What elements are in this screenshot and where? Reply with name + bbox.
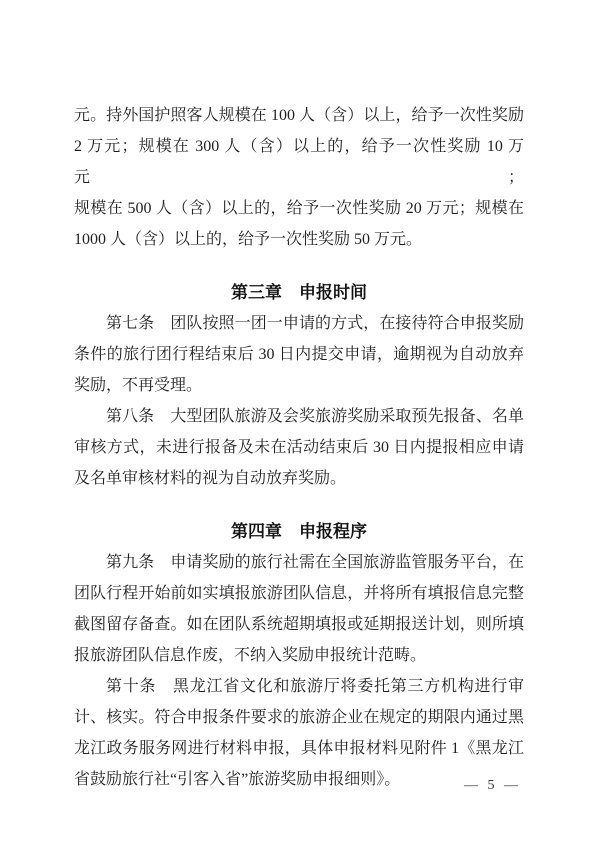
paragraph-line: 省鼓励旅行社“引客入省”旅游奖励申报细则》。 [74,764,524,795]
paragraph-line: 及名单审核材料的视为自动放弃奖励。 [74,463,524,494]
article-10-paragraph: 第十条 黑龙江省文化和旅游厅将委托第三方机构进行审 计、核实。符合申报条件要求的… [74,671,524,795]
article-9-paragraph: 第九条 申请奖励的旅行社需在全国旅游监管服务平台，在 团队行程开始前如实填报旅游… [74,547,524,671]
paragraph-line: 条件的旅行团行程结束后 30 日内提交申请，逾期视为自动放弃 [74,339,524,370]
paragraph-line: 第七条 团队按照一团一申请的方式，在接待符合申报奖励 [74,308,524,339]
chapter-4-heading: 第四章 申报程序 [74,516,524,547]
paragraph-line: 1000 人（含）以上的，给予一次性奖励 50 万元。 [74,224,524,255]
document-body: 元。持外国护照客人规模在 100 人（含）以上，给予一次性奖励 2 万元；规模在… [74,100,524,795]
paragraph-line: 元。持外国护照客人规模在 100 人（含）以上，给予一次性奖励 [74,100,524,131]
chapter-3-heading: 第三章 申报时间 [74,277,524,308]
paragraph-line: 奖励，不再受理。 [74,370,524,401]
article-7-paragraph: 第七条 团队按照一团一申请的方式，在接待符合申报奖励 条件的旅行团行程结束后 3… [74,308,524,401]
paragraph-line: 截图留存备查。如在团队系统超期填报或延期报送计划，则所填 [74,609,524,640]
page-number: — 5 — [464,776,521,796]
paragraph-line: 团队行程开始前如实填报旅游团队信息，并将所有填报信息完整 [74,578,524,609]
paragraph-line: 2 万元；规模在 300 人（含）以上的，给予一次性奖励 10 万元； [74,131,524,193]
paragraph-line: 龙江政务服务网进行材料申报，具体申报材料见附件 1《黑龙江 [74,733,524,764]
intro-paragraph: 元。持外国护照客人规模在 100 人（含）以上，给予一次性奖励 2 万元；规模在… [74,100,524,255]
paragraph-line: 计、核实。符合申报条件要求的旅游企业在规定的期限内通过黑 [74,702,524,733]
paragraph-line: 第九条 申请奖励的旅行社需在全国旅游监管服务平台，在 [74,547,524,578]
paragraph-line: 规模在 500 人（含）以上的，给予一次性奖励 20 万元；规模在 [74,193,524,224]
paragraph-line: 第十条 黑龙江省文化和旅游厅将委托第三方机构进行审 [74,671,524,702]
paragraph-line: 第八条 大型团队旅游及会奖旅游奖励采取预先报备、名单 [74,401,524,432]
document-page: 元。持外国护照客人规模在 100 人（含）以上，给予一次性奖励 2 万元；规模在… [0,0,595,842]
paragraph-line: 报旅游团队信息作废，不纳入奖励申报统计范畴。 [74,640,524,671]
article-8-paragraph: 第八条 大型团队旅游及会奖旅游奖励采取预先报备、名单 审核方式，未进行报备及未在… [74,401,524,494]
paragraph-line: 审核方式，未进行报备及未在活动结束后 30 日内提报相应申请 [74,432,524,463]
